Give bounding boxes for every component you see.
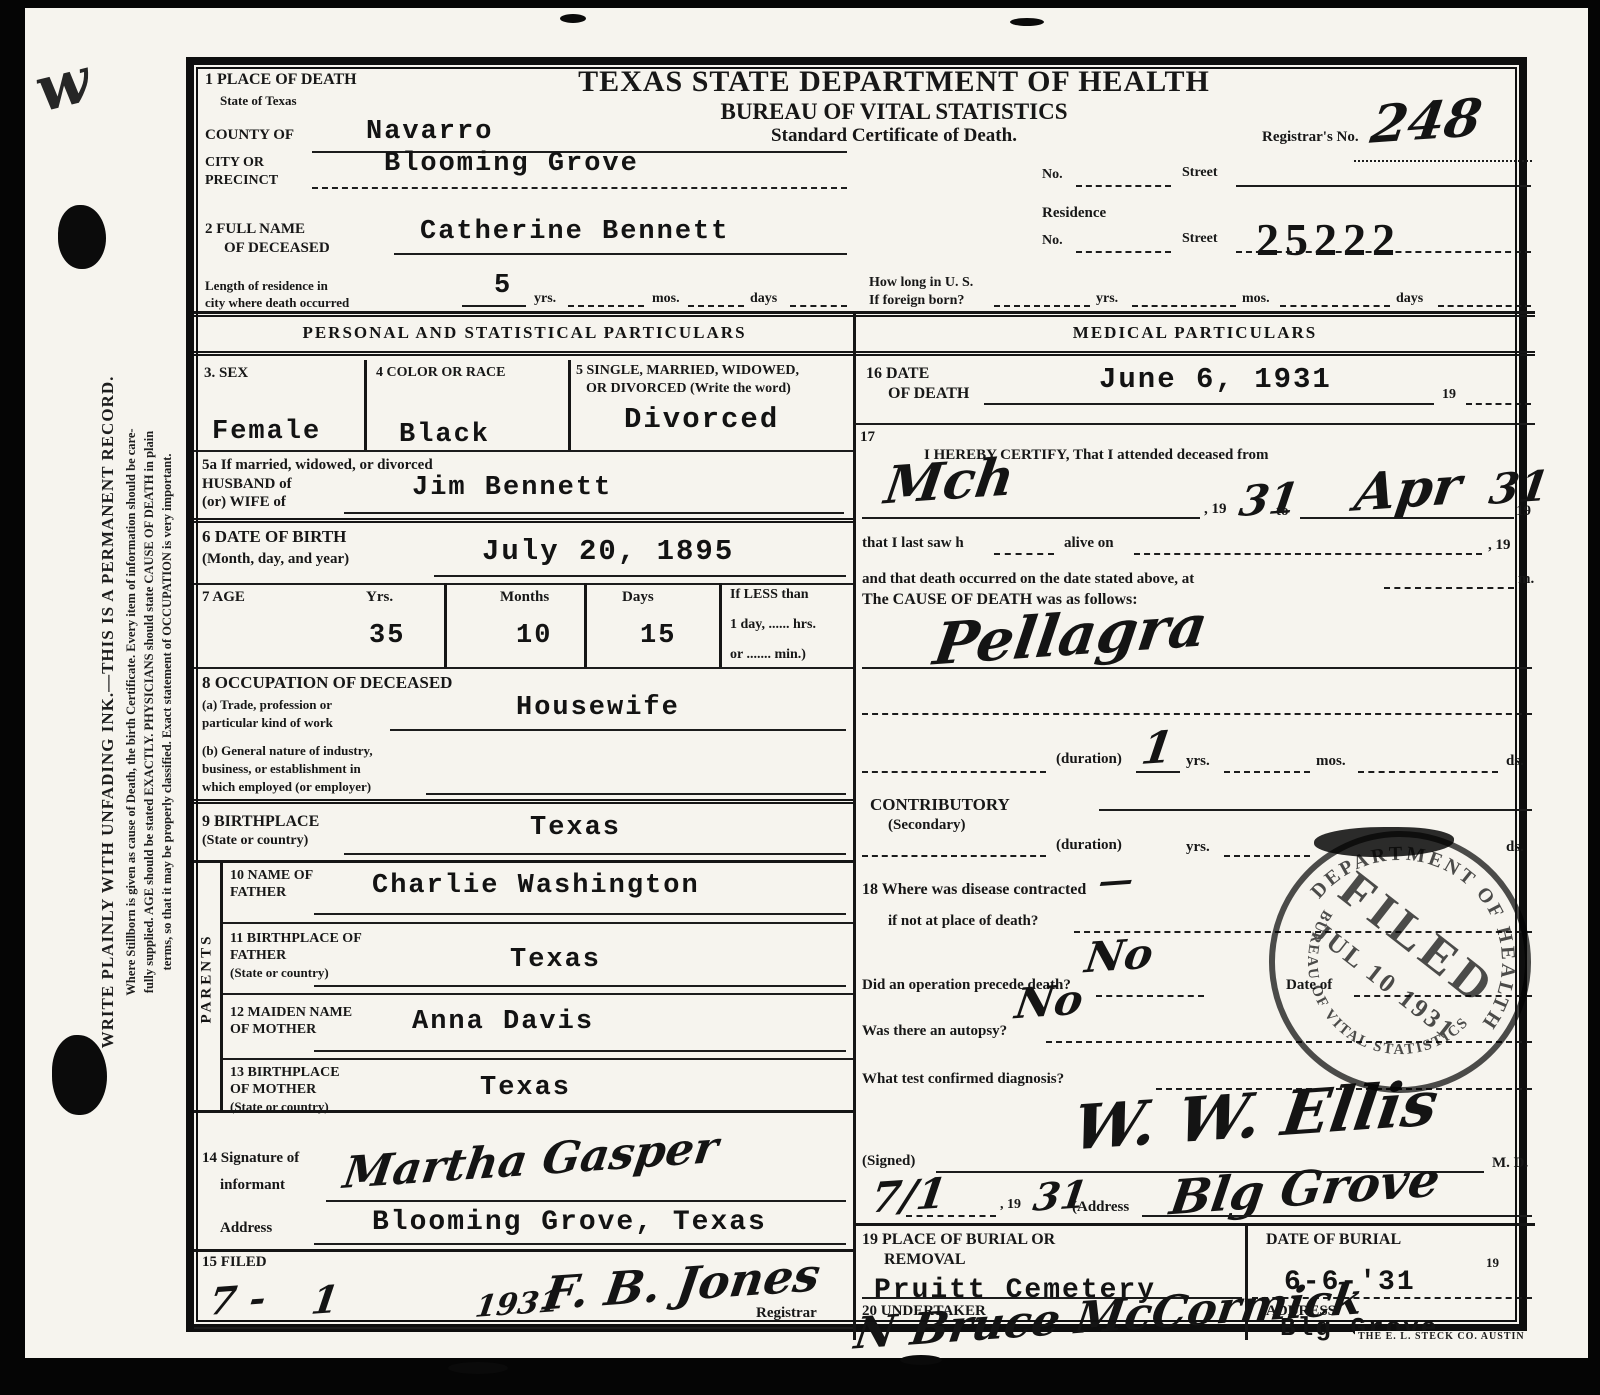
form-line (984, 403, 1434, 405)
certificate-frame: 1 PLACE OF DEATH State of Texas TEXAS ST… (186, 57, 1527, 1332)
informant-address-value: Blooming Grove, Texas (372, 1207, 767, 1238)
burial-year-prefix: 19 (1486, 1255, 1499, 1271)
alive-on-label: alive on (1064, 535, 1114, 552)
father-birthplace-label: 11 BIRTHPLACE OF (230, 931, 362, 947)
occupation-a-value: Housewife (516, 693, 680, 723)
form-line (862, 713, 1532, 715)
form-line (1236, 185, 1531, 187)
certificate-subtitle: Standard Certificate of Death. (514, 125, 1274, 147)
registrar-no-value: 248 (1367, 87, 1486, 155)
birthplace-value: Texas (530, 813, 621, 843)
city-value: Blooming Grove (384, 149, 639, 179)
occupation-b-label-2: business, or establishment in (202, 761, 361, 777)
spouse-label: 5a If married, widowed, or divorced (202, 457, 433, 474)
form-line (194, 1327, 853, 1329)
form-line (223, 1058, 853, 1060)
form-line (434, 575, 846, 577)
form-line (862, 517, 1200, 519)
filed-date-day: 1 (309, 1276, 342, 1323)
informant-signature: Martha Gasper (340, 1122, 721, 1199)
duration-value: 1 (1138, 722, 1176, 775)
duration2-label: (duration) (1056, 837, 1122, 854)
form-line (394, 253, 847, 255)
father-name-label: 10 NAME OF (230, 868, 313, 884)
scanned-death-certificate: w WRITE PLAINLY WITH UNFADING INK.—THIS … (0, 0, 1600, 1395)
form-line (994, 305, 1090, 307)
margin-line-2: Where Stillborn is given as cause of Dea… (122, 67, 140, 1357)
autopsy-label: Was there an autopsy? (862, 1023, 1007, 1040)
race-value: Black (399, 420, 490, 450)
yrs-label: yrs. (534, 291, 556, 307)
form-line (568, 305, 644, 307)
section-divider-rule (194, 311, 1535, 317)
mother-name-value: Anna Davis (412, 1007, 594, 1037)
days-label: days (750, 291, 777, 307)
form-line (1076, 185, 1171, 187)
us-yrs-label: yrs. (1096, 291, 1118, 307)
father-name-label-2: FATHER (230, 885, 286, 901)
form-line (1134, 553, 1482, 555)
filed-label: 15 FILED (202, 1254, 267, 1271)
last-saw-year-prefix: , 19 (1488, 537, 1511, 554)
race-label: 4 COLOR OR RACE (376, 365, 506, 381)
informant-label-2: informant (220, 1177, 285, 1194)
department-title: TEXAS STATE DEPARTMENT OF HEALTH (514, 65, 1274, 99)
attended-to-value: Apr (1351, 455, 1465, 523)
spouse-value: Jim Bennett (412, 473, 612, 503)
fullname-label: 2 FULL NAME (205, 221, 305, 238)
duration-label: (duration) (1056, 751, 1122, 768)
age-yrs-label: Yrs. (366, 589, 393, 606)
spouse-label-3: (or) WIFE of (202, 494, 286, 511)
form-line (194, 860, 853, 863)
state-of-texas-label: State of Texas (220, 93, 297, 109)
date-of-death-label: 16 DATE (866, 365, 929, 383)
age-days-value: 15 (640, 621, 676, 651)
father-birthplace-label-2: FATHER (230, 948, 286, 964)
occupation-b-label: (b) General nature of industry, (202, 743, 373, 759)
mother-birthplace-value: Texas (480, 1073, 571, 1103)
residence-label: Residence (1042, 205, 1106, 222)
personal-particulars-band: PERSONAL AND STATISTICAL PARTICULARS (194, 323, 855, 343)
occupation-b-label-3: which employed (or employer) (202, 779, 371, 795)
cell-divider (568, 360, 571, 450)
attended-from-value: Mch (881, 447, 1018, 517)
form-line (314, 1050, 846, 1052)
form-line (862, 771, 1046, 773)
marital-value: Divorced (624, 403, 779, 436)
age-less-label-3: or ....... min.) (730, 647, 806, 663)
occupation-a-label-2: particular kind of work (202, 715, 333, 731)
residence-length-label: Length of residence in (205, 278, 328, 294)
duration2-yrs-label: yrs. (1186, 839, 1210, 856)
mother-birthplace-label: 13 BIRTHPLACE (230, 1065, 340, 1081)
form-line (194, 450, 853, 452)
form-line (1142, 1215, 1532, 1217)
form-line (344, 512, 844, 514)
form-line (194, 583, 853, 585)
form-line (1280, 305, 1390, 307)
autopsy-value: No (1012, 975, 1086, 1029)
age-days-label: Days (622, 589, 654, 606)
date-of-death-value: June 6, 1931 (1099, 363, 1332, 396)
place-of-burial-label-2: REMOVAL (884, 1251, 966, 1269)
form-line (1096, 995, 1204, 997)
street-label-residence: Street (1182, 231, 1218, 247)
fullname-label-2: OF DECEASED (224, 240, 330, 257)
scan-speck (448, 1362, 508, 1374)
mos-label: mos. (652, 291, 680, 307)
city-label: CITY OR (205, 155, 264, 171)
occupation-label: 8 OCCUPATION OF DECEASED (202, 673, 452, 693)
form-line (223, 922, 853, 924)
father-name-value: Charlie Washington (372, 871, 700, 901)
age-less-label: If LESS than (730, 587, 809, 603)
from-year-prefix: , 19 (1204, 501, 1227, 518)
sex-value: Female (212, 417, 321, 447)
form-line (1438, 305, 1531, 307)
mother-birthplace-label-2: OF MOTHER (230, 1082, 316, 1098)
occupation-a-label: (a) Trade, profession or (202, 697, 332, 713)
if-not-label: if not at place of death? (888, 913, 1038, 930)
form-line (1384, 587, 1514, 589)
form-line (862, 667, 1532, 669)
form-line (1466, 403, 1531, 405)
scan-speck (900, 1355, 942, 1365)
cell-divider (719, 583, 722, 667)
form-line (194, 799, 853, 804)
county-value: Navarro (366, 117, 493, 147)
signed-label: (Signed) (862, 1153, 915, 1170)
form-line (312, 187, 847, 189)
form-line (855, 423, 1535, 425)
contributory-label: CONTRIBUTORY (870, 795, 1010, 815)
last-saw-label: that I last saw h (862, 535, 964, 552)
form-line (862, 855, 1046, 857)
date-of-death-label-2: OF DEATH (888, 385, 969, 403)
cell-divider (364, 360, 367, 450)
registrar-no-label: Registrar's No. (1262, 129, 1359, 146)
mother-name-label: 12 MAIDEN NAME (230, 1005, 352, 1021)
md-label: M. D. (1492, 1155, 1528, 1172)
us-days-label: days (1396, 291, 1423, 307)
informant-label: 14 Signature of (202, 1150, 299, 1167)
form-line (906, 1215, 996, 1217)
form-line (390, 729, 846, 731)
marital-label-2: OR DIVORCED (Write the word) (586, 381, 791, 397)
form-line (1224, 855, 1310, 857)
form-line (855, 1223, 1535, 1226)
printer-mark: THE E. L. STECK CO. AUSTIN (1355, 1331, 1528, 1342)
form-line (1076, 251, 1171, 253)
no-label-residence: No. (1042, 233, 1063, 249)
form-line (194, 518, 853, 523)
date-of-burial-label: DATE OF BURIAL (1266, 1231, 1401, 1249)
father-birthplace-label-3: (State or country) (230, 965, 329, 981)
us-length-label: How long in U. S. (869, 275, 973, 291)
dob-label-2: (Month, day, and year) (202, 551, 349, 568)
form-line (223, 993, 853, 995)
certificate-number: 25222 (1256, 213, 1401, 266)
form-line (314, 1243, 846, 1245)
duration-yrs-label: yrs. (1186, 753, 1210, 770)
form-line (1136, 771, 1180, 773)
signed-year-prefix: , 19 (1000, 1197, 1021, 1213)
us-length-label-2: If foreign born? (869, 293, 964, 309)
address-paren-label: (Address (1072, 1199, 1129, 1216)
filed-date-month: 7 - (206, 1275, 269, 1324)
form-line (314, 985, 846, 987)
duration-ds-label: ds. (1506, 753, 1524, 770)
dod-year-prefix: 19 (1442, 387, 1456, 403)
form-line (426, 793, 846, 795)
age-months-label: Months (500, 589, 549, 606)
form-line (326, 1200, 846, 1202)
form-line (1224, 771, 1310, 773)
secondary-label: (Secondary) (888, 817, 966, 834)
parents-vertical-label: PARENTS (199, 919, 216, 1039)
parents-strip-divider (220, 860, 223, 1110)
section-divider-rule (194, 351, 1535, 356)
form-line (1358, 771, 1498, 773)
dob-label: 6 DATE OF BIRTH (202, 527, 346, 547)
birthplace-label-2: (State or country) (202, 833, 308, 849)
scan-speck (1010, 18, 1044, 26)
form-line (790, 305, 847, 307)
attended-to-year: 31 (1486, 461, 1552, 514)
margin-instructions: WRITE PLAINLY WITH UNFADING INK.—THIS IS… (98, 67, 176, 1357)
form-line (194, 1110, 853, 1113)
dob-value: July 20, 1895 (482, 535, 734, 568)
title-block: TEXAS STATE DEPARTMENT OF HEALTH BUREAU … (514, 65, 1274, 147)
age-label: 7 AGE (202, 589, 245, 606)
fullname-value: Catherine Bennett (420, 217, 729, 247)
certify-number: 17 (860, 429, 875, 446)
form-line (194, 667, 853, 669)
duration-mos-label: mos. (1316, 753, 1346, 770)
medical-particulars-band: MEDICAL PARTICULARS (855, 323, 1535, 343)
informant-address-label: Address (220, 1220, 272, 1237)
form-line (994, 553, 1054, 555)
street-label: Street (1182, 165, 1218, 181)
column-divider (853, 311, 856, 1340)
no-label: No. (1042, 167, 1063, 183)
form-line (688, 305, 744, 307)
spouse-label-2: HUSBAND of (202, 476, 292, 493)
county-label: COUNTY OF (205, 127, 294, 144)
mother-name-label-2: OF MOTHER (230, 1022, 316, 1038)
margin-line-1: WRITE PLAINLY WITH UNFADING INK.—THIS IS… (98, 67, 118, 1357)
margin-line-4: terms, so that it may be properly classi… (158, 67, 176, 1357)
test-confirmed-label: What test confirmed diagnosis? (862, 1071, 1064, 1088)
age-less-label-2: 1 day, ...... hrs. (730, 617, 816, 633)
operation-value: No (1082, 929, 1156, 983)
marital-label: 5 SINGLE, MARRIED, WIDOWED, (576, 363, 799, 379)
to-label: to (1276, 503, 1289, 520)
margin-line-3: fully supplied. AGE should be stated EXA… (140, 67, 158, 1357)
age-months-value: 10 (516, 621, 552, 651)
form-line (1354, 160, 1532, 162)
death-occurred-label: and that death occurred on the date stat… (862, 571, 1194, 588)
father-birthplace-value: Texas (510, 945, 601, 975)
form-line (1132, 305, 1236, 307)
birthplace-label: 9 BIRTHPLACE (202, 813, 319, 831)
cell-divider (584, 583, 587, 667)
disease-contracted-value: — (1096, 860, 1136, 902)
disease-contracted-label: 18 Where was disease contracted (862, 881, 1086, 899)
form-line (1099, 809, 1532, 811)
city-label-2: PRECINCT (205, 173, 278, 189)
place-of-burial-label: 19 PLACE OF BURIAL OR (862, 1231, 1055, 1249)
residence-length-label-2: city where death occurred (205, 295, 349, 311)
age-yrs-value: 35 (369, 621, 405, 651)
registrar-label: Registrar (756, 1305, 817, 1322)
scan-speck (560, 14, 586, 23)
sex-label: 3. SEX (204, 365, 248, 382)
attended-from-year: 31 (1236, 473, 1302, 526)
form-line (344, 853, 846, 855)
residence-length-value: 5 (494, 271, 512, 301)
place-of-death-label: 1 PLACE OF DEATH (205, 71, 357, 89)
cell-divider (444, 583, 447, 667)
duration2-ds-label: ds. (1506, 839, 1524, 856)
m-label: m. (1518, 571, 1534, 588)
form-line (314, 913, 846, 915)
us-mos-label: mos. (1242, 291, 1270, 307)
form-line (462, 305, 526, 307)
bureau-title: BUREAU OF VITAL STATISTICS (514, 99, 1274, 125)
